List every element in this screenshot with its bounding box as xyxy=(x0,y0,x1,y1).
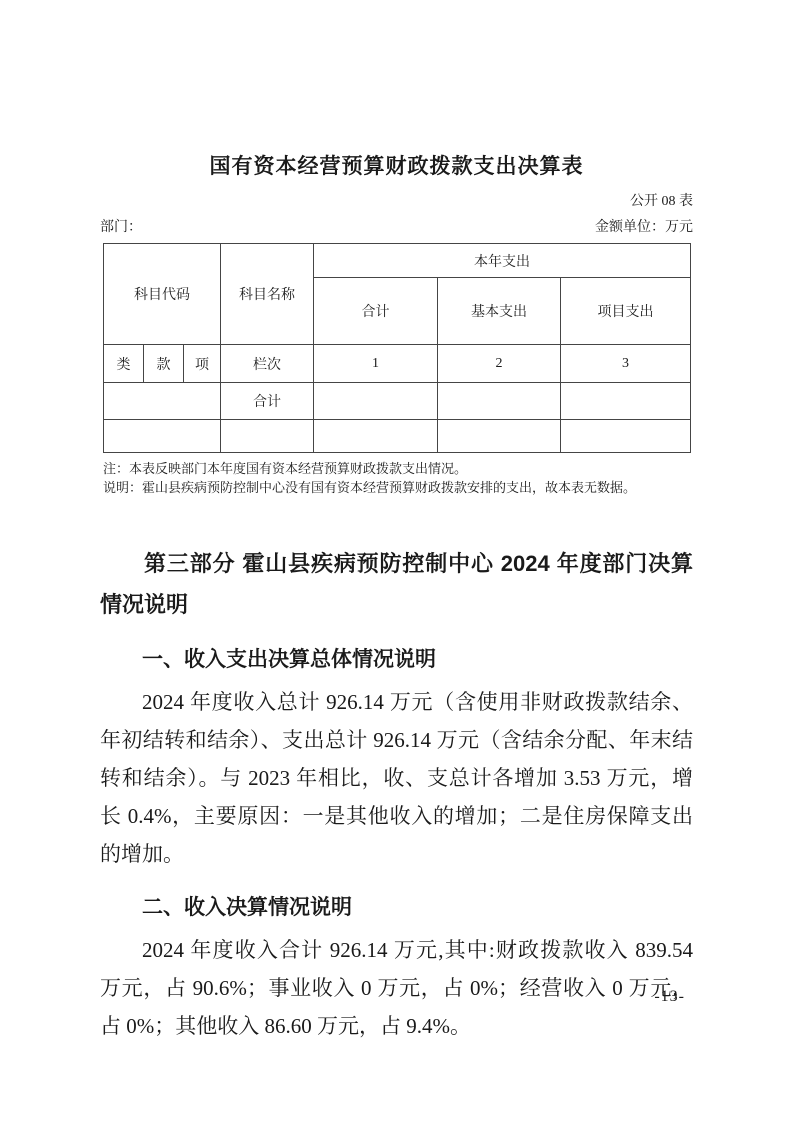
header-section: 款 xyxy=(144,345,184,383)
unit-label: 金额单位：万元 xyxy=(595,216,693,236)
table-column-index-row: 类 款 项 栏次 1 2 3 xyxy=(104,345,691,383)
header-total: 合计 xyxy=(314,278,438,345)
expenditure-table: 科目代码 科目名称 本年支出 合计 基本支出 项目支出 类 款 项 栏次 1 2… xyxy=(103,243,691,453)
table-row xyxy=(104,420,691,453)
row-total-code xyxy=(104,383,221,420)
row-empty-project xyxy=(561,420,691,453)
header-subject-name: 科目名称 xyxy=(221,244,314,345)
document-page: 国有资本经营预算财政拨款支出决算表 公开 08 表 部门： 金额单位：万元 科目… xyxy=(0,0,793,1045)
row-total-basic xyxy=(438,383,561,420)
table-title: 国有资本经营预算财政拨款支出决算表 xyxy=(100,150,693,180)
header-current-year-expenditure: 本年支出 xyxy=(314,244,691,278)
table-meta-row: 部门： 金额单位：万元 xyxy=(100,216,693,236)
section-1-heading: 一、收入支出决算总体情况说明 xyxy=(100,641,693,679)
public-table-tag: 公开 08 表 xyxy=(100,190,693,210)
column-number-3: 3 xyxy=(561,345,691,383)
header-column-row-label: 栏次 xyxy=(221,345,314,383)
column-number-2: 2 xyxy=(438,345,561,383)
header-project-expenditure: 项目支出 xyxy=(561,278,691,345)
row-empty-basic xyxy=(438,420,561,453)
section-2-heading: 二、收入决算情况说明 xyxy=(100,889,693,927)
row-empty-code xyxy=(104,420,221,453)
table-notes: 注：本表反映部门本年度国有资本经营预算财政拨款支出情况。 说明：霍山县疾病预防控… xyxy=(103,459,693,497)
row-empty-name xyxy=(221,420,314,453)
row-total-project xyxy=(561,383,691,420)
table-header-row-1: 科目代码 科目名称 本年支出 xyxy=(104,244,691,278)
part-three-heading: 第三部分 霍山县疾病预防控制中心 2024 年度部门决算情况说明 xyxy=(100,543,693,625)
row-total-name: 合计 xyxy=(221,383,314,420)
section-2-paragraph: 2024 年度收入合计 926.14 万元,其中:财政拨款收入 839.54 万… xyxy=(100,931,693,1045)
column-number-1: 1 xyxy=(314,345,438,383)
page-number: -13- xyxy=(654,988,685,1006)
row-empty-total xyxy=(314,420,438,453)
header-subject-code: 科目代码 xyxy=(104,244,221,345)
table-note: 注：本表反映部门本年度国有资本经营预算财政拨款支出情况。 xyxy=(103,459,693,478)
header-item: 项 xyxy=(184,345,221,383)
row-total-total xyxy=(314,383,438,420)
department-label: 部门： xyxy=(100,216,142,236)
table-row: 合计 xyxy=(104,383,691,420)
header-class: 类 xyxy=(104,345,144,383)
header-basic-expenditure: 基本支出 xyxy=(438,278,561,345)
section-1-paragraph: 2024 年度收入总计 926.14 万元（含使用非财政拨款结余、年初结转和结余… xyxy=(100,683,693,873)
table-explanation: 说明：霍山县疾病预防控制中心没有国有资本经营预算财政拨款安排的支出，故本表无数据… xyxy=(103,478,693,497)
